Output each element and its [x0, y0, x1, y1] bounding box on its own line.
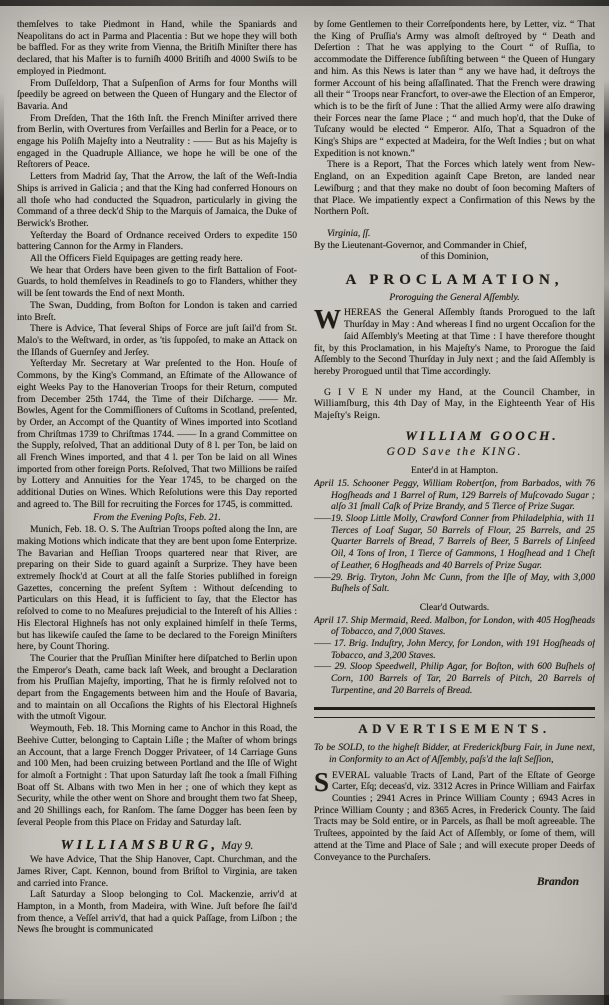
scan-edge-right — [604, 80, 609, 1005]
dateline-date: May 9. — [219, 840, 254, 852]
proclamation-heading: A PROCLAMATION, — [314, 275, 595, 287]
paragraph: From Duſſeldorp, That a Suſpenſion of Ar… — [17, 78, 297, 113]
scan-edge-left — [0, 92, 4, 1005]
scan-edge-top — [0, 0, 609, 6]
subsection-heading: Clear'd Outwards. — [314, 602, 595, 614]
paragraph: Weymouth, Feb. 18. This Morning came to … — [17, 723, 297, 828]
drop-cap-letter: W — [314, 307, 344, 331]
drop-cap-letter: S — [314, 770, 332, 794]
paragraph: Yeſterday Mr. Secretary at War preſented… — [17, 358, 297, 510]
paragraph: Munich, Feb. 18. O. S. The Auſtrian Troo… — [17, 524, 297, 653]
paragraph: by ſome Gentlemen to their Correſpondent… — [314, 19, 595, 159]
advertisements-heading: ADVERTISEMENTS. — [314, 723, 595, 735]
governor-byline-2: of this Dominion, — [314, 251, 595, 263]
shipping-entry: —— 17. Brig. Induſtry, John Mercy, for L… — [314, 638, 595, 661]
proclamation-subheading: Proroguing the General Aſſembly. — [314, 292, 595, 304]
left-column: themſelves to take Piedmont in Hand, whi… — [17, 19, 297, 1001]
section-rule — [314, 707, 595, 718]
paragraph: The Courier that the Pruſſian Miniſter h… — [17, 653, 297, 723]
paragraph: Letters from Madrid ſay, That the Arrow,… — [17, 171, 297, 230]
paragraph: We hear that Orders have been given to t… — [17, 265, 297, 300]
shipping-entry: ——29. Brig. Tryton, John Mc Cunn, from t… — [314, 572, 595, 595]
paragraph: The Swan, Dudding, from Boſton for Londo… — [17, 300, 297, 323]
right-column: by ſome Gentlemen to their Correſpondent… — [314, 19, 595, 1001]
subsection-heading-italic: From the Evening Poſts, Feb. 21. — [17, 512, 297, 524]
paragraph-dropcap: SEVERAL valuable Tracts of Land, Part of… — [314, 770, 595, 864]
shipping-entry: April 15. Schooner Peggy, William Robert… — [314, 478, 595, 513]
shipping-entry: —— 29. Sloop Speedwell, Philip Agar, for… — [314, 661, 595, 696]
newspaper-page: themſelves to take Piedmont in Hand, whi… — [0, 0, 609, 1005]
paragraph: There is Advice, That ſeveral Ships of F… — [17, 323, 297, 358]
paragraph: Yeſterday the Board of Ordnance received… — [17, 230, 297, 253]
paragraph-dropcap: WHEREAS the General Aſſembly ſtands Pror… — [314, 307, 595, 377]
subsection-heading: Enter'd in at Hampton. — [314, 465, 595, 477]
paragraph: We have Advice, That the Ship Hanover, C… — [17, 854, 297, 889]
paragraph: There is a Report, That the Forces which… — [314, 159, 595, 218]
given-paragraph: G I V E N under my Hand, at the Council … — [314, 387, 595, 422]
virginia-ss-line: Virginia, ſſ. — [314, 228, 595, 240]
dateline-city: WILLIAMSBURG, — [61, 838, 219, 853]
shipping-entry: ——19. Sloop Little Molly, Crawford Conne… — [314, 513, 595, 572]
paragraph: All the Officers Field Equipages are get… — [17, 253, 297, 265]
paragraph: From Dreſden, That the 16th Inſt. the Fr… — [17, 113, 297, 172]
shipping-entry: April 17. Ship Mermaid, Reed. Malbon, fo… — [314, 615, 595, 638]
catchword: Brandon — [314, 877, 595, 889]
dateline-heading: WILLIAMSBURG, May 9. — [17, 840, 297, 853]
signature: WILLIAM GOOCH. — [314, 430, 595, 442]
advertisement-notice: To be SOLD, to the higheſt Bidder, at Fr… — [314, 742, 595, 765]
paragraph: Laſt Saturday a Sloop belonging to Col. … — [17, 889, 297, 936]
governor-byline: By the Lieutenant-Governor, and Commande… — [314, 240, 595, 252]
paragraph: themſelves to take Piedmont in Hand, whi… — [17, 19, 297, 78]
god-save-the-king: GOD Save the KING. — [314, 447, 595, 459]
